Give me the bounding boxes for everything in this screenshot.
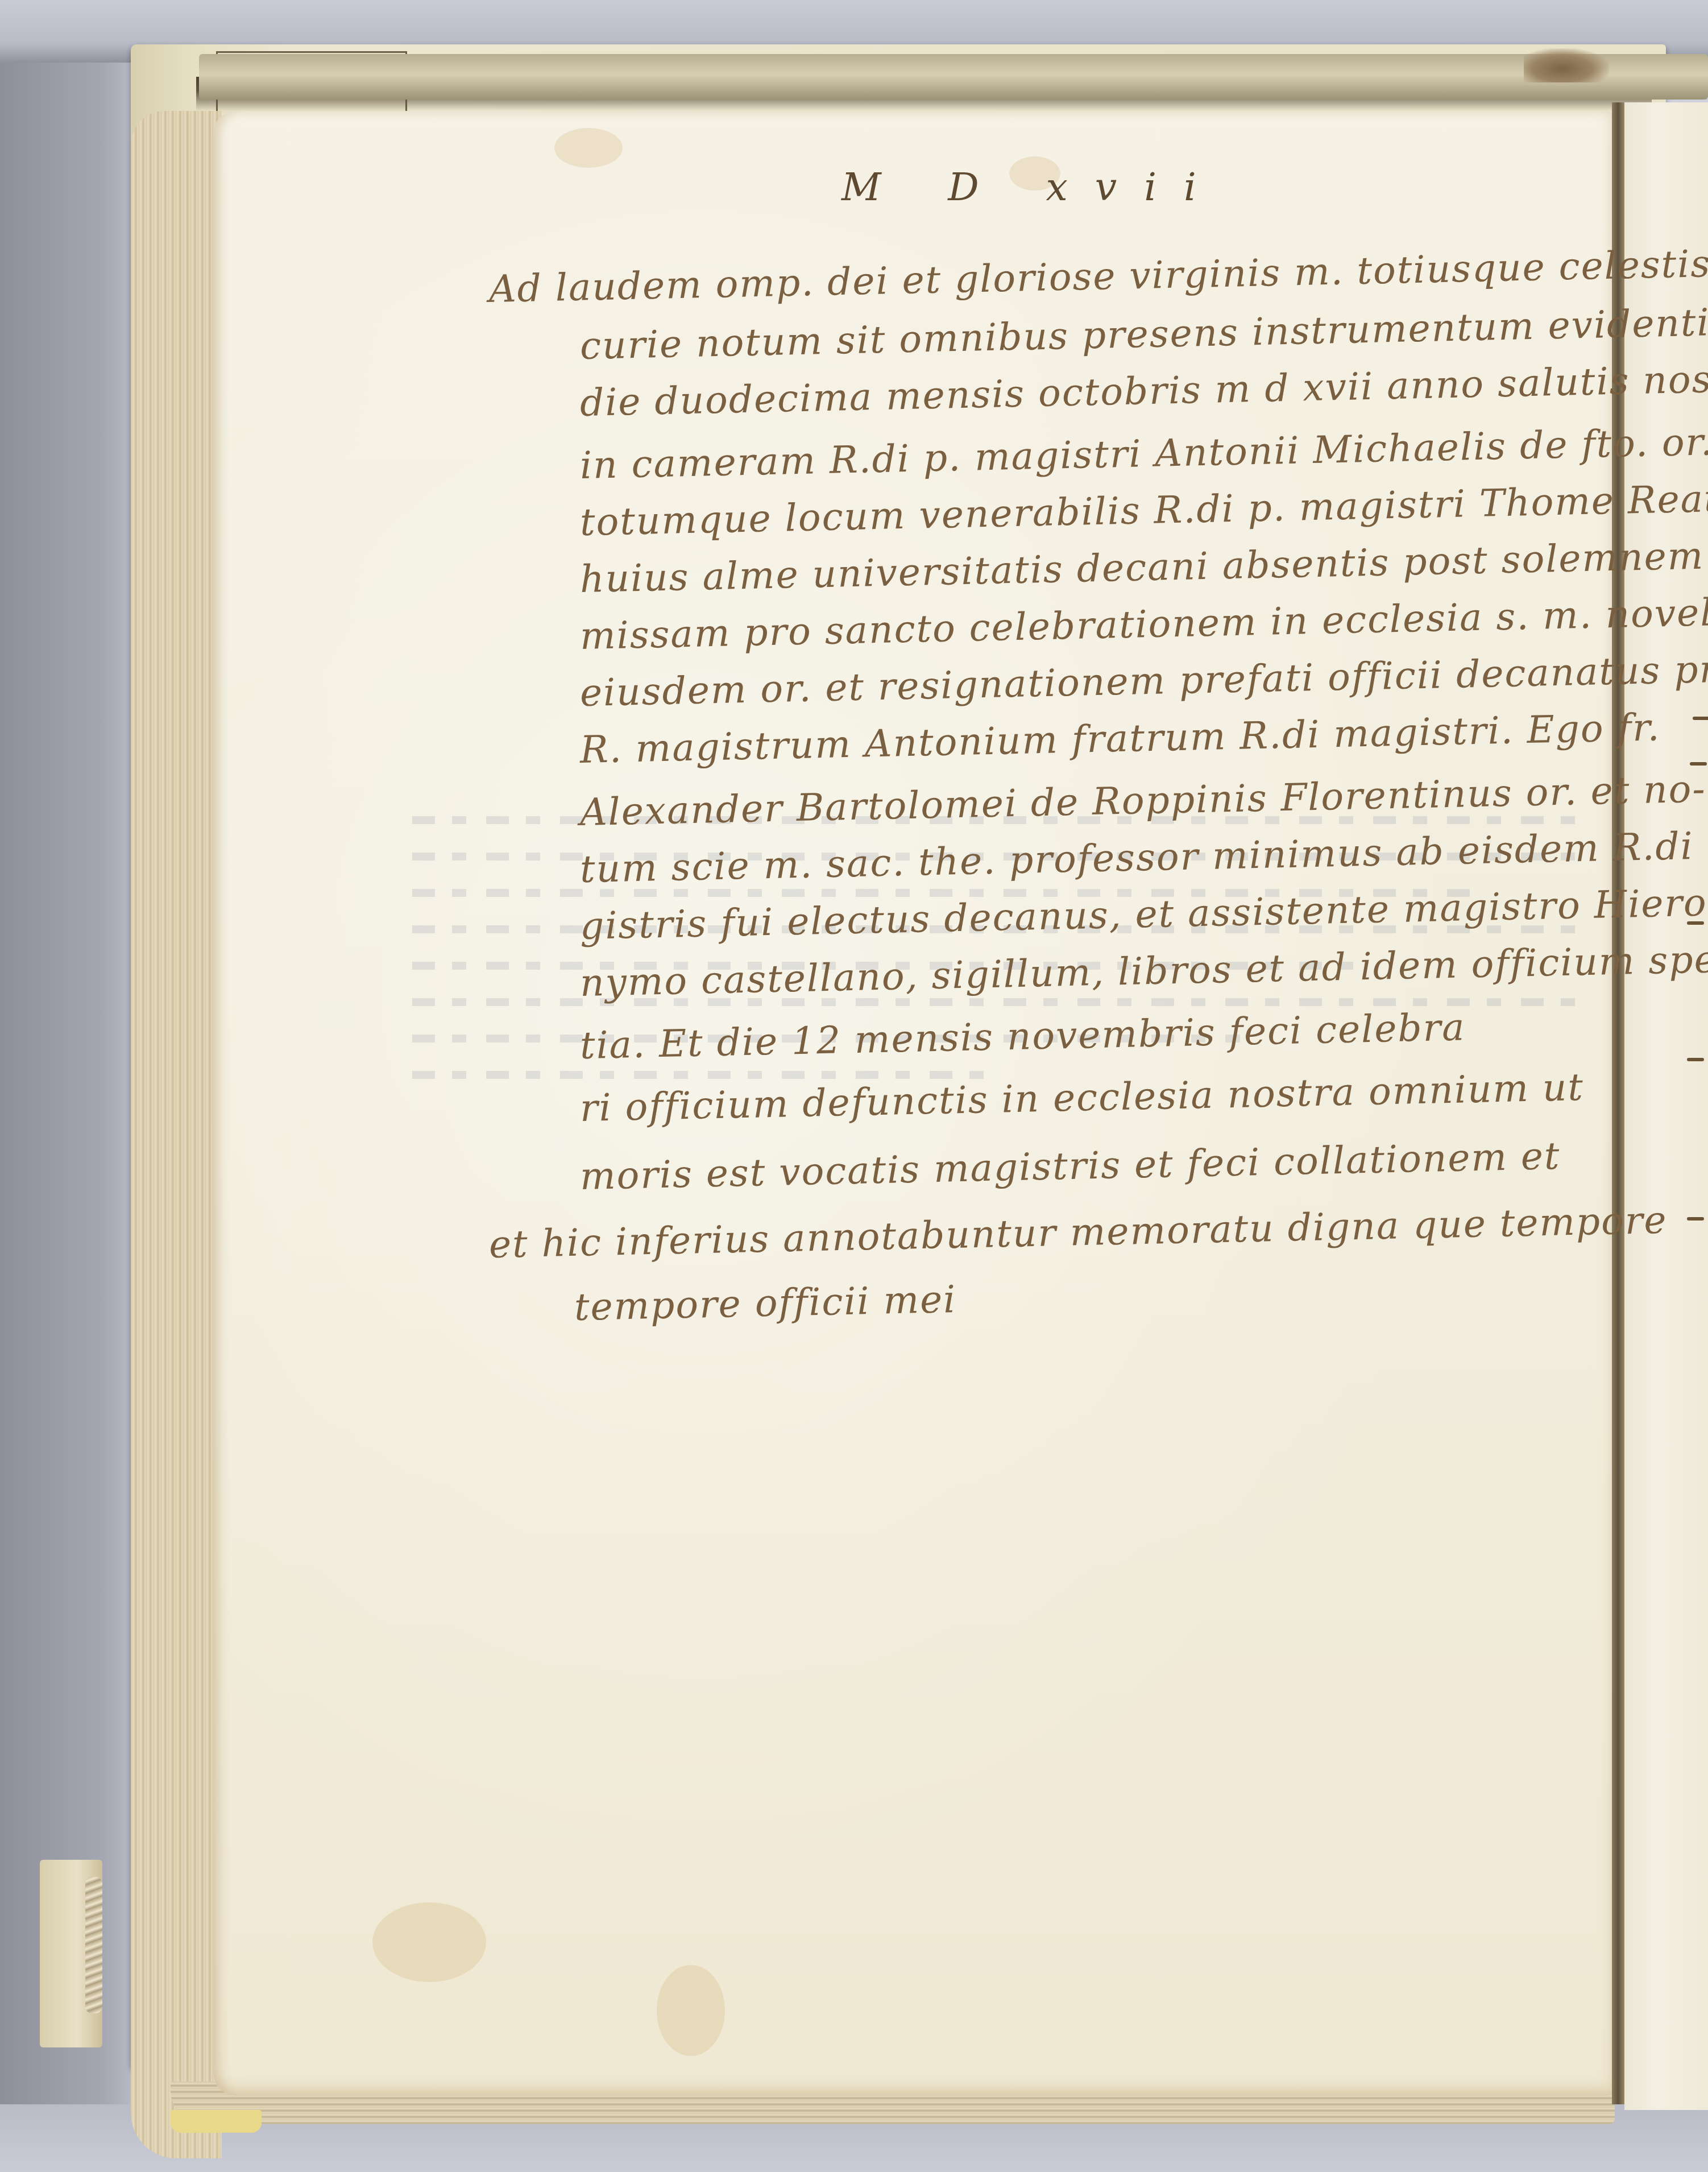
foxing-stain (657, 1965, 725, 2056)
foxing-stain (372, 1902, 486, 1982)
facing-leaf (1624, 102, 1708, 2110)
facing-leaf-ink-trace (1687, 1217, 1704, 1221)
sewing-thread-knot (1524, 48, 1609, 82)
frayed-yellow-edge (171, 2110, 262, 2133)
facing-leaf-ink-trace (1693, 717, 1708, 720)
year-heading: M D xvii (841, 165, 1224, 210)
page-stack-fore-edge (131, 111, 222, 2158)
foxing-stain (554, 128, 623, 168)
text-line-18: tempore officii mei (574, 1277, 957, 1329)
binding-top-edge (199, 54, 1708, 100)
tie-cord (85, 1877, 102, 2013)
facing-leaf-ink-trace (1687, 1058, 1704, 1061)
facing-leaf-ink-trace (1690, 762, 1707, 766)
